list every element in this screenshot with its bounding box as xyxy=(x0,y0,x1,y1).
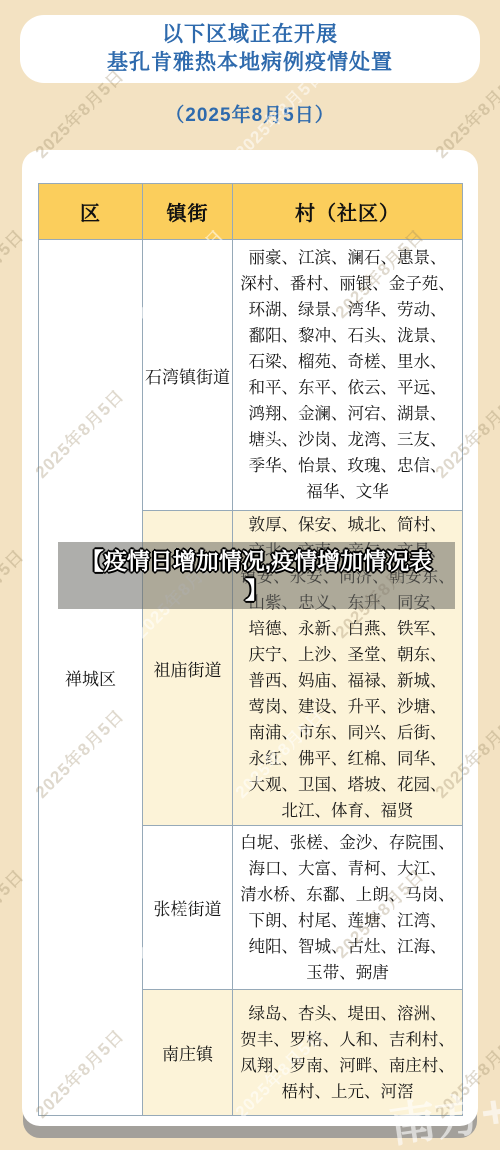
village-line: 下朗、村尾、莲塘、江湾、 xyxy=(233,908,462,934)
table-header-row: 区 镇街 村（社区） xyxy=(39,184,463,240)
village-line: 和平、东平、依云、平远、 xyxy=(233,375,462,401)
date-watermark: 2025年8月5日 xyxy=(128,0,228,3)
village-line: 庆宁、上沙、圣堂、朝东、 xyxy=(233,642,462,668)
village-line: 培德、永新、白燕、铁军、 xyxy=(233,616,462,642)
village-line: 鄱阳、黎冲、石头、泷景、 xyxy=(233,323,462,349)
village-line: 莺岗、建设、升平、沙塘、 xyxy=(233,694,462,720)
district-cell: 禅城区 xyxy=(39,240,143,1116)
village-line: 鸿翔、金澜、河宕、湖景、 xyxy=(233,401,462,427)
village-line: 清水桥、东鄱、上朗、马岗、 xyxy=(233,882,462,908)
villages-cell: 丽豪、江滨、澜石、惠景、深村、番村、丽银、金子苑、环湖、绿景、湾华、劳动、鄱阳、… xyxy=(233,240,463,511)
village-line: 梧村、上元、河滘 xyxy=(233,1079,462,1105)
date-watermark: 2025年8月5日 xyxy=(328,0,428,3)
village-line: 深村、番村、丽银、金子苑、 xyxy=(233,271,462,297)
villages-cell: 白坭、张槎、金沙、存院围、海口、大富、青柯、大江、清水桥、东鄱、上朗、马岗、下朗… xyxy=(233,826,463,990)
page-title-line2: 基孔肯雅热本地病例疫情处置 xyxy=(107,49,393,77)
village-line: 玉带、弼唐 xyxy=(233,960,462,986)
village-line: 白坭、张槎、金沙、存院围、 xyxy=(233,830,462,856)
village-line: 石梁、榴苑、奇槎、里水、 xyxy=(233,349,462,375)
village-line: 凤翔、罗南、河畔、南庄村、 xyxy=(233,1053,462,1079)
village-line: 季华、怡景、玫瑰、忠信、 xyxy=(233,453,462,479)
village-line: 贺丰、罗格、人和、吉利村、 xyxy=(233,1027,462,1053)
village-line: 福华、文华 xyxy=(233,479,462,505)
village-line: 北江、体育、福贤 xyxy=(233,798,462,824)
village-line: 大观、卫国、塔坡、花园、 xyxy=(233,772,462,798)
date-label: （2025年8月5日） xyxy=(0,100,500,127)
page-title-line1: 以下区域正在开展 xyxy=(162,21,338,49)
town-cell: 南庄镇 xyxy=(143,990,233,1116)
village-line: 南浦、市东、同兴、后街、 xyxy=(233,720,462,746)
caption-text-line1: 【疫情日增加情况,疫情增加情况表 xyxy=(81,547,432,576)
village-line: 塘头、沙岗、龙湾、三友、 xyxy=(233,427,462,453)
region-table: 区 镇街 村（社区） 禅城区石湾镇街道丽豪、江滨、澜石、惠景、深村、番村、丽银、… xyxy=(38,183,463,1116)
infographic-canvas: 以下区域正在开展 基孔肯雅热本地病例疫情处置 （2025年8月5日） 区 镇街 … xyxy=(0,0,500,1150)
date-watermark: 2025年8月5日 xyxy=(0,0,28,3)
village-line: 丽豪、江滨、澜石、惠景、 xyxy=(233,245,462,271)
header-card: 以下区域正在开展 基孔肯雅热本地病例疫情处置 xyxy=(20,15,480,83)
village-line: 环湖、绿景、湾华、劳动、 xyxy=(233,297,462,323)
column-header-village: 村（社区） xyxy=(233,184,463,240)
caption-overlay: 【疫情日增加情况,疫情增加情况表 】 xyxy=(58,542,455,609)
column-header-town: 镇街 xyxy=(143,184,233,240)
village-line: 海口、大富、青柯、大江、 xyxy=(233,856,462,882)
table-row: 禅城区石湾镇街道丽豪、江滨、澜石、惠景、深村、番村、丽银、金子苑、环湖、绿景、湾… xyxy=(39,240,463,511)
table-card: 区 镇街 村（社区） 禅城区石湾镇街道丽豪、江滨、澜石、惠景、深村、番村、丽银、… xyxy=(22,150,478,1126)
town-cell: 张槎街道 xyxy=(143,826,233,990)
villages-cell: 绿岛、杏头、堤田、溶洲、贺丰、罗格、人和、吉利村、凤翔、罗南、河畔、南庄村、梧村… xyxy=(233,990,463,1116)
village-line: 纯阳、智城、古灶、江海、 xyxy=(233,934,462,960)
caption-text-line2: 】 xyxy=(245,576,268,605)
region-table-body: 禅城区石湾镇街道丽豪、江滨、澜石、惠景、深村、番村、丽银、金子苑、环湖、绿景、湾… xyxy=(39,240,463,1116)
village-line: 永红、佛平、红棉、同华、 xyxy=(233,746,462,772)
village-line: 绿岛、杏头、堤田、溶洲、 xyxy=(233,1001,462,1027)
village-line: 普西、妈庙、福禄、新城、 xyxy=(233,668,462,694)
column-header-district: 区 xyxy=(39,184,143,240)
town-cell: 石湾镇街道 xyxy=(143,240,233,511)
village-line: 敦厚、保安、城北、简村、 xyxy=(233,512,462,538)
